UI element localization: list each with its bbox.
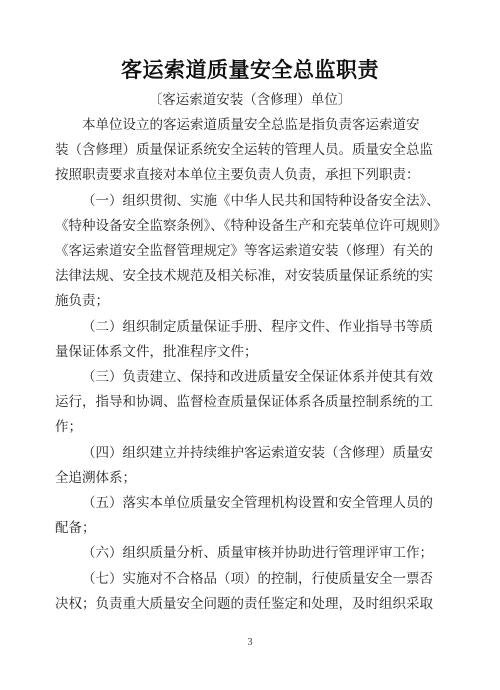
body-line: 本单位设立的客运索道质量安全总监是指负责客运索道安 bbox=[55, 112, 460, 137]
body-line: （五）落实本单位质量安全管理机构设置和安全管理人员的 bbox=[55, 490, 460, 515]
body-line: 配备； bbox=[55, 515, 460, 540]
body-line: 《客运索道安全监督管理规定》等客运索道安装（修理）有关的 bbox=[55, 238, 460, 263]
body-line: 量保证体系文件，批准程序文件； bbox=[55, 339, 460, 364]
body-line: 运行，指导和协调、监督检查质量保证体系各质量控制系统的工 bbox=[55, 389, 460, 414]
body-line: 施负责； bbox=[55, 288, 460, 313]
document-body: 本单位设立的客运索道质量安全总监是指负责客运索道安装（含修理）质量保证系统安全运… bbox=[0, 112, 500, 616]
body-line: 按照职责要求直接对本单位主要负责人负责，承担下列职责： bbox=[55, 162, 460, 187]
body-line: （三）负责建立、保持和改进质量安全保证体系并使其有效 bbox=[55, 364, 460, 389]
body-line: （四）组织建立并持续维护客运索道安装（含修理）质量安 bbox=[55, 440, 460, 465]
body-line: 装（含修理）质量保证系统安全运转的管理人员。质量安全总监 bbox=[55, 137, 460, 162]
document-page: 客运索道质量安全总监职责 〔客运索道安装（含修理）单位〕 本单位设立的客运索道质… bbox=[0, 0, 500, 690]
body-line: 作； bbox=[55, 414, 460, 439]
body-line: 决权；负责重大质量安全问题的责任鉴定和处理，及时组织采取 bbox=[55, 591, 460, 616]
body-line: （七）实施对不合格品（项）的控制，行使质量安全一票否 bbox=[55, 566, 460, 591]
body-line: 法律法规、安全技术规范及相关标准，对安装质量保证系统的实 bbox=[55, 263, 460, 288]
body-line: 全追溯体系； bbox=[55, 465, 460, 490]
page-number: 3 bbox=[0, 636, 500, 650]
document-subtitle: 〔客运索道安装（含修理）单位〕 bbox=[0, 88, 500, 112]
body-line: 《特种设备安全监察条例》、《特种设备生产和充装单位许可规则》 bbox=[55, 213, 460, 238]
body-line: （六）组织质量分析、质量审核并协助进行管理评审工作； bbox=[55, 540, 460, 565]
body-line: （一）组织贯彻、实施《中华人民共和国特种设备安全法》、 bbox=[55, 188, 460, 213]
document-title: 客运索道质量安全总监职责 bbox=[0, 0, 500, 85]
body-line: （二）组织制定质量保证手册、程序文件、作业指导书等质 bbox=[55, 314, 460, 339]
